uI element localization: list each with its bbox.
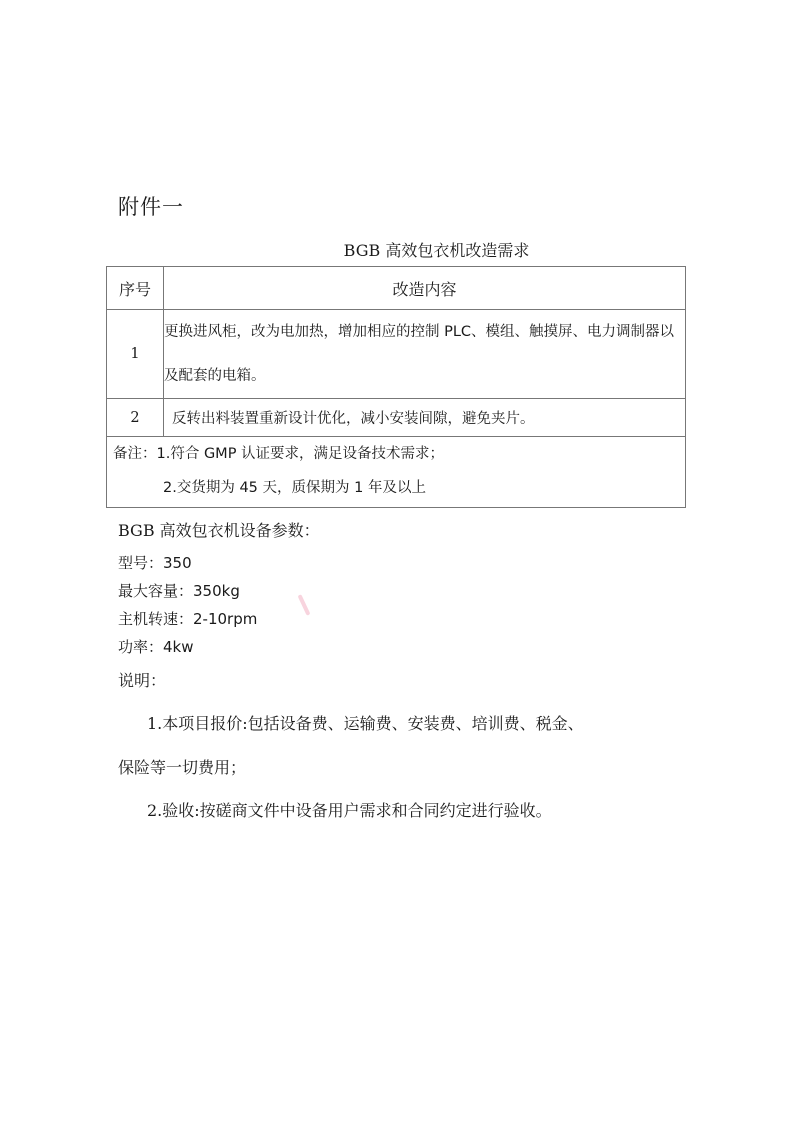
table-row: 2 反转出料装置重新设计优化，减小安装间隙，避免夹片。 <box>107 399 686 437</box>
notes-row: 备注：1.符合 GMP 认证要求，满足设备技术需求； 2.交货期为 45 天，质… <box>107 437 686 508</box>
params-title: BGB 高效包衣机设备参数： <box>118 518 320 541</box>
row-number: 2 <box>107 399 164 437</box>
header-no: 序号 <box>107 267 164 310</box>
param-capacity: 最大容量：350kg <box>118 580 240 601</box>
stamp-residue-mark <box>298 594 311 616</box>
table-header-row: 序号 改造内容 <box>107 267 686 310</box>
explanation-item-1: 1.本项目报价:包括设备费、运输费、安装费、培训费、税金、 <box>147 711 584 734</box>
row-number: 1 <box>107 310 164 399</box>
attachment-label: 附件一 <box>118 191 184 221</box>
table-row: 1 更换进风柜，改为电加热，增加相应的控制 PLC、模组、触摸屏、电力调制器以及… <box>107 310 686 399</box>
explanation-item-2: 2.验收:按磋商文件中设备用户需求和合同约定进行验收。 <box>147 798 552 821</box>
row-content: 反转出料装置重新设计优化，减小安装间隙，避免夹片。 <box>164 399 686 437</box>
notes-cell: 备注：1.符合 GMP 认证要求，满足设备技术需求； 2.交货期为 45 天，质… <box>107 437 686 508</box>
param-speed: 主机转速：2-10rpm <box>118 608 257 629</box>
requirements-table: 序号 改造内容 1 更换进风柜，改为电加热，增加相应的控制 PLC、模组、触摸屏… <box>106 266 686 508</box>
explanation-title: 说明： <box>118 668 166 691</box>
param-model: 型号：350 <box>118 552 192 573</box>
document-title: BGB 高效包衣机改造需求 <box>0 238 793 261</box>
note-line-1: 备注：1.符合 GMP 认证要求，满足设备技术需求； <box>113 437 685 471</box>
row-content: 更换进风柜，改为电加热，增加相应的控制 PLC、模组、触摸屏、电力调制器以及配套… <box>164 310 686 399</box>
note-line-2: 2.交货期为 45 天，质保期为 1 年及以上 <box>113 471 685 505</box>
header-content: 改造内容 <box>164 267 686 310</box>
explanation-item-1-continued: 保险等一切费用； <box>118 755 246 778</box>
param-power: 功率：4kw <box>118 636 194 657</box>
